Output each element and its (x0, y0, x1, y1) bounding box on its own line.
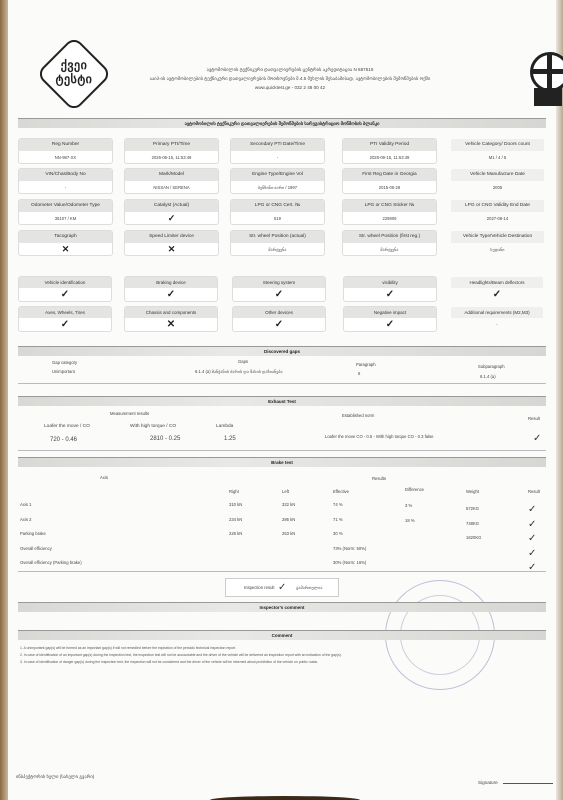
logo-text: ქვეი ტესტი (47, 58, 101, 86)
info-card-value: 519 (231, 212, 324, 225)
check-card-label: Additional requirements (M2,M3) (451, 307, 543, 318)
check-card: Steering system✓ (232, 276, 326, 302)
check-icon: ✓ (528, 504, 536, 515)
brake-weight-value: 748KG (466, 521, 479, 526)
info-card: Odometer Value/Odometer Type36107 / KM (18, 199, 113, 225)
info-card-value: - (231, 151, 324, 164)
inspection-result-value: გამართულია (296, 585, 323, 590)
brake-weight-value: 672KG (466, 506, 479, 511)
info-card-label: Str. wheel Position (first reg.) (343, 231, 436, 243)
info-card: Secondary PTI Date/Time- (230, 138, 325, 164)
exhaust-title: Exhaust Test (18, 396, 546, 406)
info-card-label: LPG or CNG Validity End Date (451, 200, 544, 212)
info-card: Speed Limiter device✕ (124, 230, 219, 256)
info-card-label: Speed Limiter device (125, 231, 218, 243)
brake-right-value: 234 kN (229, 517, 242, 522)
check-card-label: Other devices (233, 307, 325, 318)
header-info: ავტომობილის ტექნიკური დათვალიერების ცენტ… (110, 65, 470, 92)
info-card-label: Engine Type/Engine Vol (231, 169, 324, 181)
info-card-label: Secondary PTI Date/Time (231, 139, 324, 151)
info-card: LPG or CNG Validity End Date2027-06-14 (450, 199, 545, 225)
info-card-label: First Reg Date in Georgia (343, 169, 436, 181)
check-card: Vehicle identification✓ (18, 276, 112, 302)
brake-left-value: 322 kN (282, 502, 295, 507)
info-card-value: NISSAN / SERENA (125, 181, 218, 194)
check-card: Other devices✓ (232, 306, 326, 332)
exhaust-header-torque: With high torque / CO (130, 424, 176, 429)
check-card-label: Steering system (233, 277, 325, 288)
brake-right-value: 226 kN (229, 531, 242, 536)
contact-line: www.quicktest.ge - 032 2 48 00 42 (110, 83, 470, 92)
brake-weight-value: 1620KG (466, 535, 481, 540)
check-card-label: Vehicle identification (19, 277, 111, 288)
info-card: First Reg Date in Georgia2015-05-28 (342, 168, 437, 194)
brake-row-name: Axis 1 (20, 502, 31, 507)
exhaust-header-lambda: Lambda (216, 424, 233, 429)
check-icon: ✓ (451, 288, 543, 302)
info-card-label: Reg Number (19, 139, 112, 151)
check-card: Chassis and components✕ (124, 306, 218, 332)
exhaust-norm-value: Loafer the move CO - 0.5 - With high tor… (325, 434, 433, 439)
info-card-label: VIN/Chas/Body No (19, 169, 112, 181)
gap-category-value: Unimportant (52, 369, 75, 374)
overall-efficiency-label: Overall efficiency (Parking brake) (20, 560, 82, 565)
binder-shadow (210, 796, 360, 800)
gaps-header-category: Gap category (52, 360, 77, 365)
exhaust-result-label: Result (528, 416, 540, 421)
info-card-value: მარჯვენა (231, 243, 324, 256)
brake-header: Result (528, 489, 540, 494)
brake-left-value: 286 kN (282, 517, 295, 522)
brake-row-name: Parking brake (20, 531, 46, 536)
check-icon: ✓ (233, 318, 325, 332)
gap-subparagraph-value: 6.1.4 (a) (480, 374, 496, 379)
check-icon: ✓ (19, 288, 111, 302)
brake-effective-value: 74 % (333, 502, 343, 507)
gaps-header-gaps: Gaps (238, 359, 248, 364)
check-card: Negative impact✓ (343, 306, 437, 332)
cross-icon: ✕ (19, 243, 112, 256)
measurement-results-label: Measurement results (110, 411, 149, 416)
check-icon: ✓ (233, 288, 325, 302)
check-card-value: - (451, 318, 543, 331)
info-card-label: LPG or CNG Sticker № (343, 200, 436, 212)
brake-header: Effective (333, 489, 349, 494)
gaps-title: Discovered gaps (18, 346, 546, 356)
exhaust-idle-value: 720 - 0.46 (50, 437, 77, 443)
cross-icon: ✕ (125, 243, 218, 256)
check-icon: ✓ (344, 318, 436, 332)
brake-effective-value: 71 % (333, 517, 343, 522)
divider (18, 383, 546, 384)
info-card: Str. wheel Position (actual)მარჯვენა (230, 230, 325, 256)
page-edge-right (556, 0, 563, 800)
info-card: Reg NumberNN-987-XX (18, 138, 113, 164)
brake-axis-label: Axis (100, 475, 108, 480)
check-icon: ✓ (528, 533, 536, 544)
gap-description-value: 6.1.4 (a) მანქანის ძარის და შასის დაზიან… (195, 369, 283, 374)
brake-header: Left (282, 489, 289, 494)
info-card-label: Vehicle Category/ Doors count (451, 139, 544, 151)
check-icon: ✓ (344, 288, 436, 302)
signature-label: Signature (478, 780, 498, 785)
inspection-result-label: Inspection result (244, 585, 275, 590)
brake-header: Difference (405, 487, 424, 492)
check-icon: ✓ (528, 548, 536, 559)
check-card-label: visibility (344, 277, 436, 288)
brake-effective-value: 30 % (333, 531, 343, 536)
info-card: LPG or CNG Cert. №519 (230, 199, 325, 225)
inspection-result-box: Inspection result ✓ გამართულია (225, 578, 339, 597)
brake-header: Weight (466, 489, 479, 494)
info-card: Vehicle Manufacture Date2005 (450, 168, 545, 194)
info-card: Mark/ModelNISSAN / SERENA (124, 168, 219, 194)
check-icon: ✓ (533, 433, 541, 444)
info-card: PTI Validity Period2026-09-15, 11:53:49 (342, 138, 437, 164)
brake-right-value: 310 kN (229, 502, 242, 507)
check-icon: ✓ (19, 318, 111, 332)
info-card-label: Catalyst (Actual) (125, 200, 218, 212)
info-card-label: Tacograph (19, 231, 112, 243)
check-icon: ✓ (125, 212, 218, 225)
exhaust-torque-value: 2810 - 0.25 (150, 436, 180, 442)
divider (18, 571, 546, 572)
check-card-label: Axes, Wheels, Tires (19, 307, 111, 318)
info-card-value: - (19, 181, 112, 194)
info-card-value: 2027-06-14 (451, 212, 544, 225)
info-card-label: PTI Validity Period (343, 139, 436, 151)
brake-row-name: Axis 2 (20, 517, 31, 522)
info-card-label: Odometer Value/Odometer Type (19, 200, 112, 212)
divider (18, 450, 546, 451)
signature-line (503, 783, 553, 784)
check-icon: ✓ (125, 288, 217, 302)
comment-title: Comment (18, 630, 546, 640)
exhaust-header-idle: Loafer the move / CO (44, 424, 90, 429)
brake-difference-value: 3 % (405, 503, 412, 508)
brake-results-label: Results (372, 476, 386, 481)
info-card-value: M1 / 4 / 5 (451, 151, 544, 164)
inspector-comment-title: Inspector's comment (18, 602, 546, 612)
info-card-value: 2026-09-15, 11:53:49 (343, 151, 436, 164)
accreditation-line: ავტომობილის ტექნიკური დათვალიერების ცენტ… (110, 65, 470, 74)
overall-efficiency-value: 30% (Norm: 16%) (333, 560, 366, 565)
brake-header: Right (229, 489, 239, 494)
regulation-line: ააიპ-ის ავტომობილების ტექნიკური დათვალიე… (110, 74, 470, 83)
info-card: LPG or CNG Sticker №229809 (342, 199, 437, 225)
gaps-header-paragraph: Paragraph (356, 362, 376, 367)
brake-difference-value: 18 % (405, 518, 415, 523)
check-card: Braking device✓ (124, 276, 218, 302)
cross-icon: ✕ (125, 318, 217, 332)
gaps-header-subparagraph: Subparagraph (478, 364, 505, 369)
info-card-value: 2015-05-28 (343, 181, 436, 194)
comment-note-1: 1. A unimportant gap(s) will be formed a… (20, 645, 236, 651)
info-card-value: NN-987-XX (19, 151, 112, 164)
comment-note-2: 2. In case of identification of an impor… (20, 652, 342, 658)
info-card: Str. wheel Position (first reg.)მარჯვენა (342, 230, 437, 256)
info-card: Vehicle Category/ Doors countM1 / 4 / 5 (450, 138, 545, 164)
info-card-label: Str. wheel Position (actual) (231, 231, 324, 243)
comment-note-3: 3. In case of identification of danger g… (20, 659, 318, 665)
check-card: visibility✓ (343, 276, 437, 302)
brake-title: Brake test (18, 457, 546, 467)
info-card: Primary PTI/Time2026-06-15, 11:53:49 (124, 138, 219, 164)
check-icon: ✓ (278, 582, 286, 593)
inspector-name-label: ინსპექტორის ხელი (სახელი გვარი) (16, 774, 94, 780)
check-card: Headlights/Beam deflectors✓ (450, 276, 544, 302)
check-card-label: Chassis and components (125, 307, 217, 318)
check-card-label: Negative impact (344, 307, 436, 318)
gap-paragraph-value: 6 (358, 371, 360, 376)
overall-efficiency-label: Overall efficiency (20, 546, 52, 551)
check-icon: ✓ (528, 519, 536, 530)
info-card-label: Vehicle Type/Vehicle Destination (451, 231, 544, 243)
info-card-value: ბენზინი-აირი / 1997 (231, 181, 324, 194)
overall-efficiency-value: 73% (Norm: 50%) (333, 546, 366, 551)
info-card-value: სედანი (451, 243, 544, 256)
brake-left-value: 253 kN (282, 531, 295, 536)
info-card: Vehicle Type/Vehicle Destinationსედანი (450, 230, 545, 256)
report-title-bar: ავტომობილის ტექნიკური დათვალიერების შემო… (18, 118, 546, 128)
established-norm-label: Established norm (342, 413, 374, 418)
georgia-emblem-icon (530, 52, 563, 108)
info-card-value: 2005 (451, 181, 544, 194)
check-card: Additional requirements (M2,M3)- (450, 306, 544, 332)
info-card: Tacograph✕ (18, 230, 113, 256)
info-card-label: Vehicle Manufacture Date (451, 169, 544, 181)
info-card: Engine Type/Engine Volბენზინი-აირი / 199… (230, 168, 325, 194)
check-card: Axes, Wheels, Tires✓ (18, 306, 112, 332)
info-card: VIN/Chas/Body No- (18, 168, 113, 194)
info-card-value: მარჯვენა (343, 243, 436, 256)
info-card-value: 36107 / KM (19, 212, 112, 225)
check-card-label: Braking device (125, 277, 217, 288)
info-card-label: Primary PTI/Time (125, 139, 218, 151)
page-edge-left (0, 0, 8, 800)
info-card-value: 2026-06-15, 11:53:49 (125, 151, 218, 164)
check-card-label: Headlights/Beam deflectors (451, 277, 543, 288)
info-card-value: 229809 (343, 212, 436, 225)
info-card: Catalyst (Actual)✓ (124, 199, 219, 225)
info-card-label: Mark/Model (125, 169, 218, 181)
info-card-label: LPG or CNG Cert. № (231, 200, 324, 212)
exhaust-lambda-value: 1.25 (224, 436, 236, 442)
